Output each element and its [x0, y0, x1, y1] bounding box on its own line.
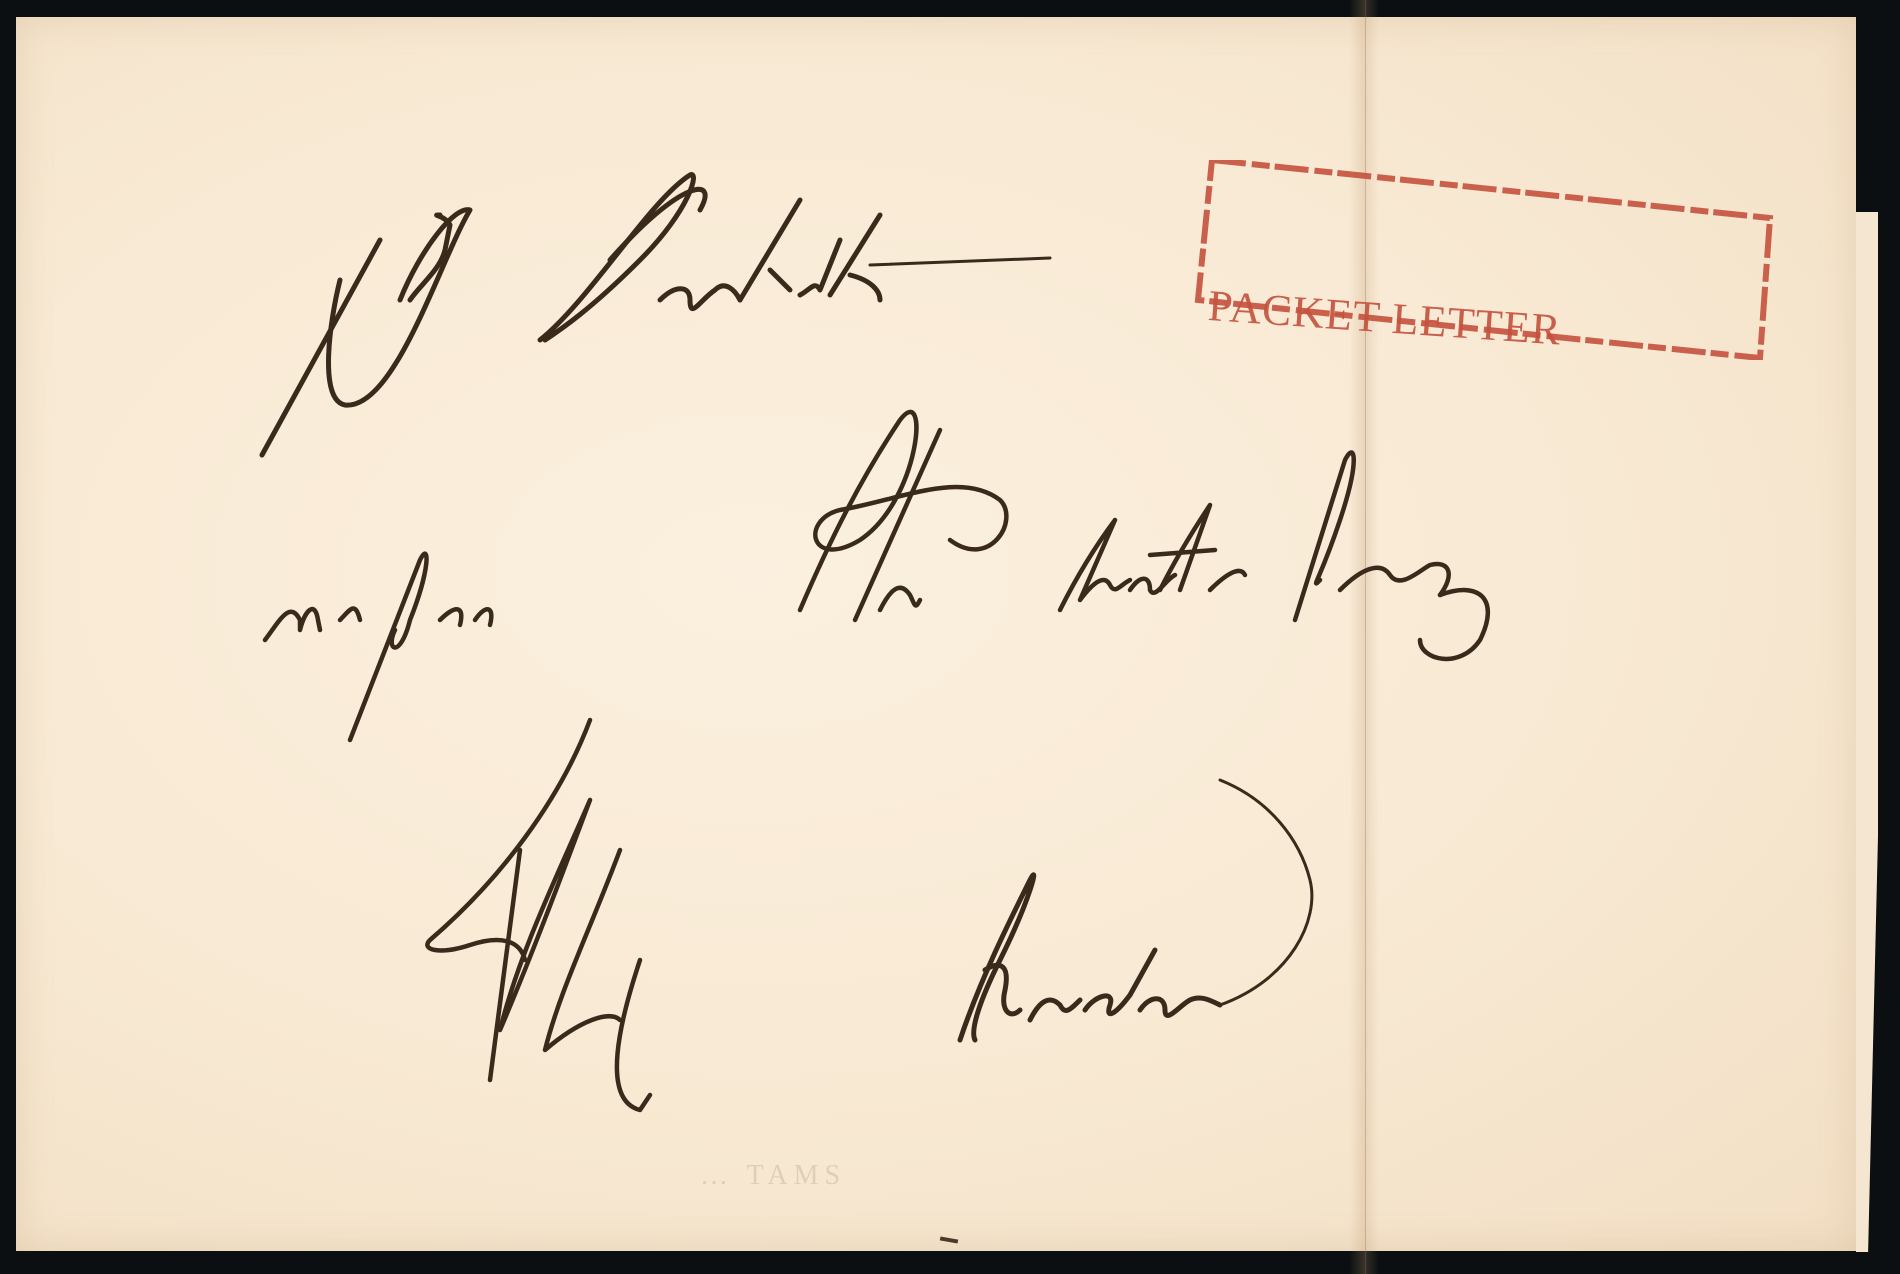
messrs-text	[265, 554, 491, 740]
faint-backstamp: … TAMS	[700, 1160, 846, 1192]
rate-marking	[427, 720, 650, 1110]
london-text	[960, 780, 1312, 1040]
handwritten-address	[0, 0, 1900, 1274]
thos-text	[800, 412, 1006, 620]
mutch-keay-text	[1060, 453, 1488, 659]
per-packet-endorsement	[262, 175, 1050, 455]
